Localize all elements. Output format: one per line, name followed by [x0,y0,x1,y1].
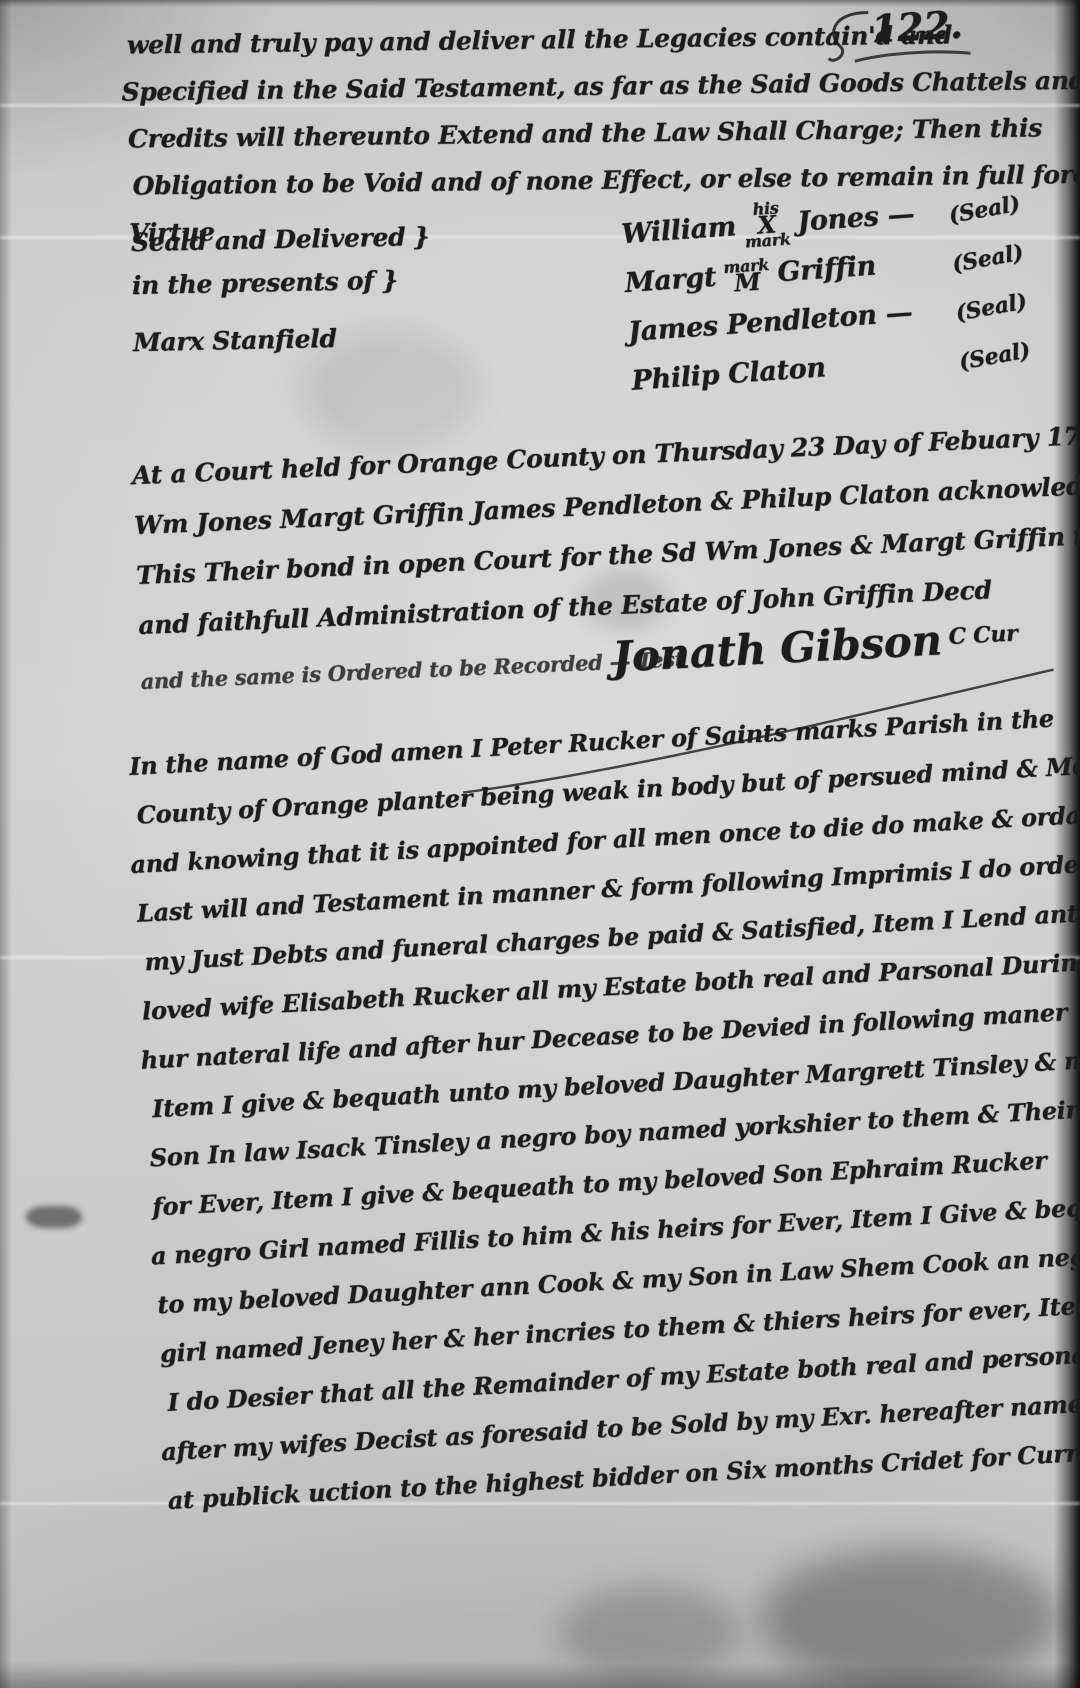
signature-mark: mark M [723,257,771,292]
mark-character: M [734,272,761,292]
ink-smudge [26,1206,82,1228]
signer-name: Philip Claton [631,352,827,396]
witness-signature: Marx Stanfield [133,315,432,364]
signature-list: William his X mark Jones — (Seal) Margt … [620,182,1033,405]
signer-name-left: William [620,211,737,250]
signer-name-right: Griffin [776,250,876,288]
signer-name-left: Margt [624,262,717,299]
attestation-line: in the presents of } [131,258,430,307]
attestation-block: Seald and Delivered } in the presents of… [131,215,432,364]
seal-annotation: (Seal) [951,239,1026,277]
signer-name-left: Philip Claton [631,352,827,396]
document-page: 122. well and truly pay and deliver all … [0,0,1080,1688]
attestation-line: Seald and Delivered } [131,215,430,264]
will-section: In the name of God amen I Peter Rucker o… [128,693,1080,1525]
mark-label-below: mark [745,232,791,249]
signature-mark: his X mark [742,200,791,249]
seal-annotation: (Seal) [957,337,1032,375]
seal-annotation: (Seal) [954,288,1029,326]
seal-annotation: (Seal) [947,190,1022,228]
signer-name-right: Jones — [796,199,915,238]
clerk-title: C Cur [948,620,1018,650]
scan-edge-bottom [0,1662,1080,1688]
scan-edge-left [0,0,12,1688]
